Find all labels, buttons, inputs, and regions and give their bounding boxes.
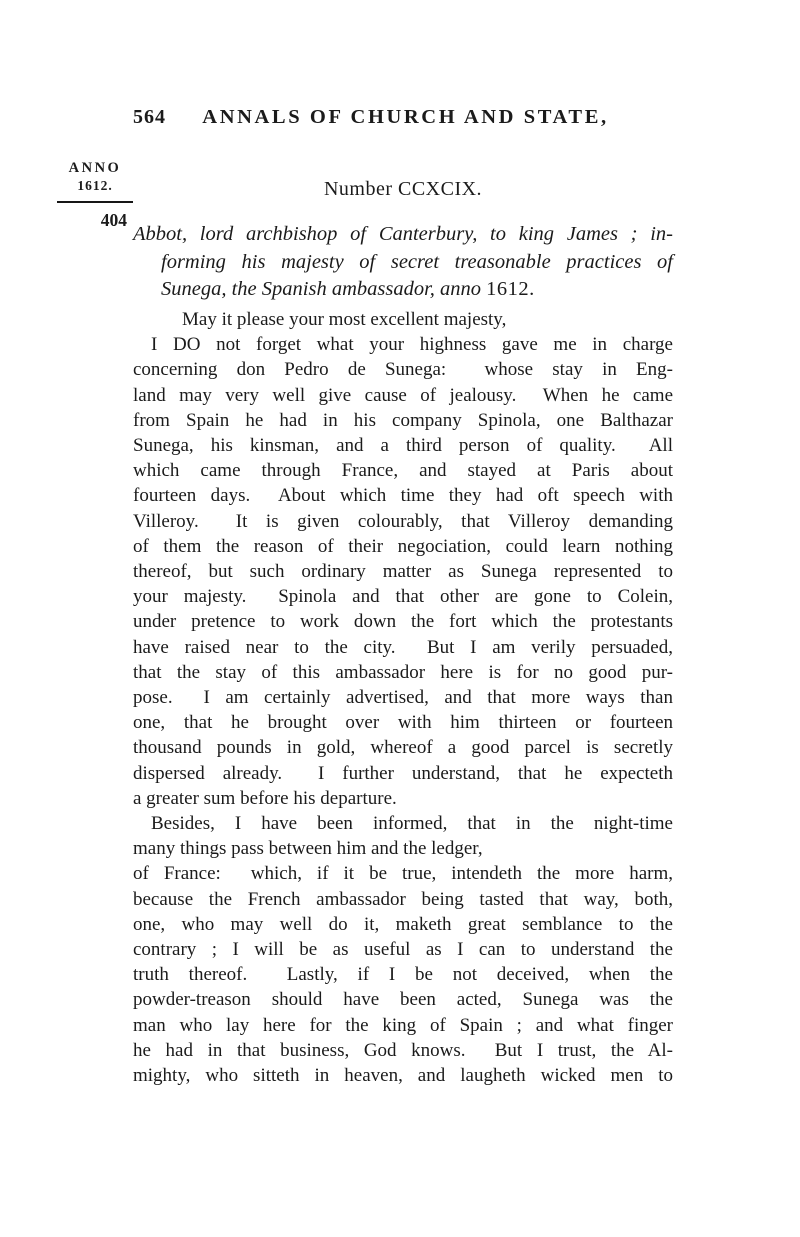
letter-body-line: thereof, but such ordinary matter as Sun… bbox=[133, 559, 673, 584]
letter-body-line: one, who may well do it, maketh great se… bbox=[133, 912, 673, 937]
letter-body-line: have raised near to the city. But I am v… bbox=[133, 635, 673, 660]
letter-body-line: Sunega, his kinsman, and a third person … bbox=[133, 433, 673, 458]
letter-body-line: May it please your most excellent majest… bbox=[133, 307, 673, 332]
letter-body-line: Besides, I have been informed, that in t… bbox=[133, 811, 673, 836]
letter-body-line: thousand pounds in gold, whereof a good … bbox=[133, 735, 673, 760]
margin-anno-label: ANNO bbox=[55, 160, 135, 177]
letter-body-line: concerning don Pedro de Sunega: whose st… bbox=[133, 357, 673, 382]
letter-body-line: Villeroy. It is given colourably, that V… bbox=[133, 509, 673, 534]
margin-anno-year: 1612. bbox=[55, 178, 135, 194]
letter-body-line: from Spain he had in his company Spinola… bbox=[133, 408, 673, 433]
letter-body-line: fourteen days. About which time they had… bbox=[133, 483, 673, 508]
letter-body: May it please your most excellent majest… bbox=[133, 307, 673, 1088]
letter-body-line: mighty, who sitteth in heaven, and laugh… bbox=[133, 1063, 673, 1088]
letter-body-line: man who lay here for the king of Spain ;… bbox=[133, 1013, 673, 1038]
letter-body-line: contrary ; I will be as useful as I can … bbox=[133, 937, 673, 962]
letter-body-line: dispersed already. I further understand,… bbox=[133, 761, 673, 786]
letter-body-line: of them the reason of their negociation,… bbox=[133, 534, 673, 559]
entry-number: 404 bbox=[55, 210, 135, 231]
letter-heading-line: forming his majesty of secret treasonabl… bbox=[133, 249, 673, 277]
page-number: 564 bbox=[133, 106, 166, 129]
letter-body-line: which came through France, and stayed at… bbox=[133, 458, 673, 483]
letter-body-line: because the French ambassador being tast… bbox=[133, 887, 673, 912]
running-header-title: ANNALS OF CHURCH AND STATE, bbox=[166, 106, 645, 129]
letter-heading-line-roman-part: 1612. bbox=[486, 278, 535, 300]
letter-body-line: many things pass between him and the led… bbox=[133, 836, 673, 861]
letter-heading-line-italic-part: Sunega, the Spanish ambassador, anno bbox=[161, 278, 486, 300]
letter-body-line: under pretence to work down the fort whi… bbox=[133, 609, 673, 634]
margin-note: ANNO 1612. 404 bbox=[55, 160, 135, 231]
letter-body-line: powder-treason should have been acted, S… bbox=[133, 987, 673, 1012]
letter-body-line: one, that he brought over with him thirt… bbox=[133, 710, 673, 735]
letter-heading: Abbot, lord archbishop of Canterbury, to… bbox=[133, 221, 673, 304]
letter-body-line: I DO not forget what your highness gave … bbox=[133, 332, 673, 357]
letter-body-line: that the stay of this ambassador here is… bbox=[133, 660, 673, 685]
letter-body-line: truth thereof. Lastly, if I be not decei… bbox=[133, 962, 673, 987]
letter-body-line: land may very well give cause of jealous… bbox=[133, 383, 673, 408]
letter-heading-line: Abbot, lord archbishop of Canterbury, to… bbox=[133, 221, 673, 249]
letter-body-line: he had in that business, God knows. But … bbox=[133, 1038, 673, 1063]
letter-heading-line: Sunega, the Spanish ambassador, anno 161… bbox=[133, 276, 673, 304]
letter-body-line: pose. I am certainly advertised, and tha… bbox=[133, 685, 673, 710]
letter-body-line: a greater sum before his departure. bbox=[133, 786, 673, 811]
letter-body-line: your majesty. Spinola and that other are… bbox=[133, 584, 673, 609]
document-number-heading: Number CCXCIX. bbox=[133, 178, 673, 201]
letter-body-line: of France: which, if it be true, intende… bbox=[133, 861, 673, 886]
book-page: 564 ANNALS OF CHURCH AND STATE, ANNO 161… bbox=[0, 0, 800, 1237]
running-header: 564 ANNALS OF CHURCH AND STATE, bbox=[133, 106, 645, 129]
margin-rule bbox=[57, 201, 133, 203]
